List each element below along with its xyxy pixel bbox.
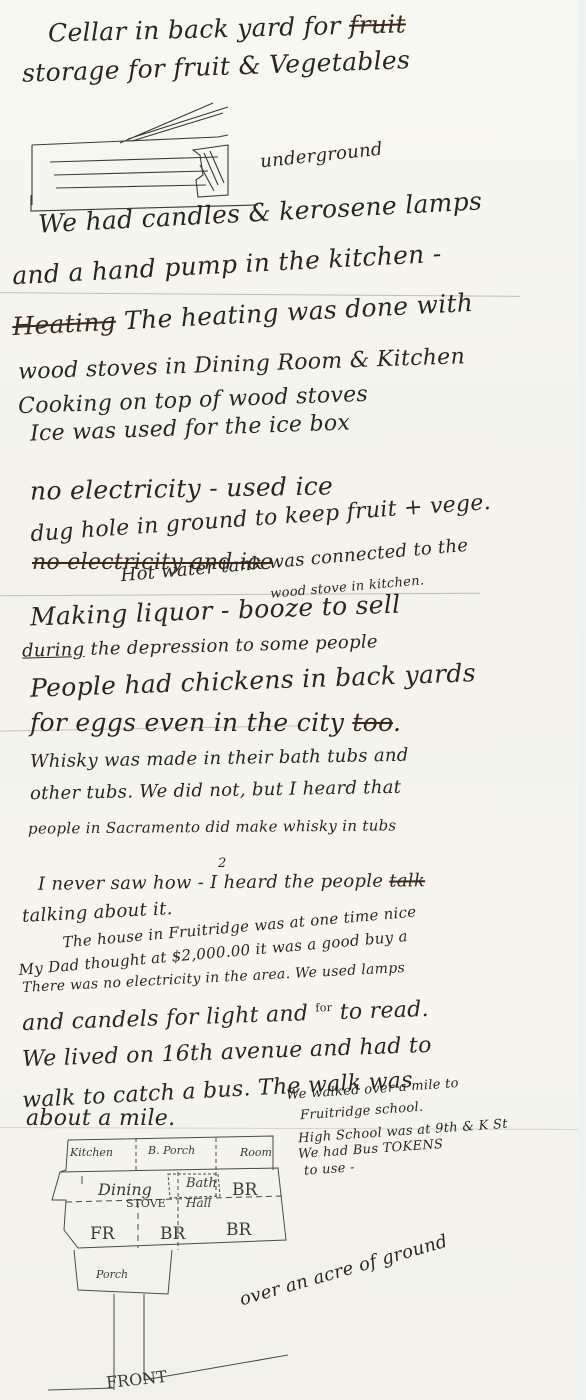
note-line: wood stoves in Dining Room & Kitchen: [18, 344, 466, 385]
room-label-room: Room: [240, 1146, 272, 1159]
note-line: Heating The heating was done with: [12, 288, 474, 341]
line-text: Cellar in back yard for: [48, 11, 342, 48]
room-label-stove: STOVE: [126, 1197, 166, 1210]
room-label-bedroom: BR: [226, 1220, 251, 1240]
scan-edge: [578, 0, 586, 1400]
room-label-hall: Hall: [186, 1196, 211, 1210]
room-text: Porch: [96, 1268, 128, 1281]
room-text: BR: [232, 1180, 257, 1200]
room-text: BR: [226, 1220, 251, 1240]
note-line: talking about it.: [22, 898, 174, 927]
scanned-page: Cellar in back yard for fruit storage fo…: [0, 0, 578, 1400]
line-text: other tubs. We did not, but I heard that: [30, 777, 402, 804]
underlined-word: during: [22, 639, 85, 662]
note-line: Making liquor - booze to sell: [30, 590, 401, 632]
note-line: people in Sacramento did make whisky in …: [28, 816, 397, 837]
note-line: Cellar in back yard for fruit: [48, 9, 407, 47]
label-text: underground: [259, 139, 383, 173]
room-label-back-porch: B. Porch: [148, 1144, 195, 1157]
line-text: Fruitridge school.: [300, 1100, 424, 1124]
note-line: and a hand pump in the kitchen -: [12, 239, 443, 290]
line-text: and candels for light and: [22, 1001, 309, 1036]
struck-word: Heating: [12, 307, 117, 341]
room-label-front-room: FR: [90, 1224, 115, 1244]
room-label-porch: Porch: [96, 1268, 128, 1281]
note-line: about a mile.: [26, 1106, 175, 1131]
inserted-word: for: [315, 1001, 332, 1015]
line-text: storage for fruit & Vegetables: [22, 45, 411, 88]
line-text: talking about it.: [22, 898, 174, 927]
room-text: Kitchen: [70, 1146, 113, 1159]
note-line: We lived on 16th avenue and had to: [22, 1033, 432, 1072]
line-text: people in Sacramento did make whisky in …: [28, 816, 397, 837]
line-text: I never saw how - I heard the people: [38, 871, 383, 895]
room-label-bedroom: BR: [160, 1224, 185, 1244]
room-text: FR: [90, 1224, 115, 1244]
line-text: We lived on 16th avenue and had to: [22, 1033, 432, 1072]
note-line: no electricity - used ice: [30, 471, 334, 505]
struck-word: too: [352, 708, 393, 737]
line-end: .: [393, 708, 401, 737]
note-line: during the depression to some people: [22, 631, 378, 661]
note-line: for eggs even in the city too.: [30, 708, 401, 737]
note-line: Fruitridge school.: [300, 1100, 424, 1124]
line-text: Whisky was made in their bath tubs and: [30, 745, 409, 773]
struck-word: talk: [389, 870, 425, 891]
room-text: STOVE: [126, 1197, 166, 1210]
note-line: I never saw how - I heard the people tal…: [38, 870, 425, 894]
line-text: no electricity - used ice: [30, 471, 334, 505]
note-line: to use -: [304, 1160, 356, 1179]
underground-label: underground: [259, 139, 383, 173]
caret-text: 2: [218, 856, 227, 871]
floor-plan-sketch: [48, 1130, 288, 1400]
line-text: the depression to some people: [90, 631, 378, 660]
note-line: storage for fruit & Vegetables: [22, 45, 411, 88]
note-line: and candels for light and for to read.: [22, 997, 430, 1036]
room-text: Bath: [186, 1176, 217, 1191]
line-text: Making liquor - booze to sell: [30, 590, 401, 632]
note-line: other tubs. We did not, but I heard that: [30, 777, 402, 804]
cellar-sketch: [28, 95, 238, 205]
line-text: wood stoves in Dining Room & Kitchen: [18, 344, 466, 385]
struck-word: fruit: [349, 9, 407, 39]
line-text: to use -: [304, 1160, 356, 1179]
line-text: People had chickens in back yards: [30, 658, 477, 703]
caret-insert: 2: [218, 856, 227, 871]
line-tail: to read.: [339, 997, 429, 1025]
room-text: Room: [240, 1146, 272, 1159]
room-text: BR: [160, 1224, 185, 1244]
room-text: B. Porch: [148, 1144, 195, 1157]
room-label-bedroom: BR: [232, 1180, 257, 1200]
room-text: Hall: [186, 1196, 211, 1210]
line-text: about a mile.: [26, 1106, 175, 1131]
line-text: and a hand pump in the kitchen -: [12, 239, 443, 290]
room-label-kitchen: Kitchen: [70, 1146, 113, 1159]
note-line: People had chickens in back yards: [30, 658, 477, 703]
line-text: for eggs even in the city: [30, 708, 344, 737]
room-label-bath: Bath: [186, 1176, 217, 1191]
note-line: Whisky was made in their bath tubs and: [30, 745, 409, 773]
